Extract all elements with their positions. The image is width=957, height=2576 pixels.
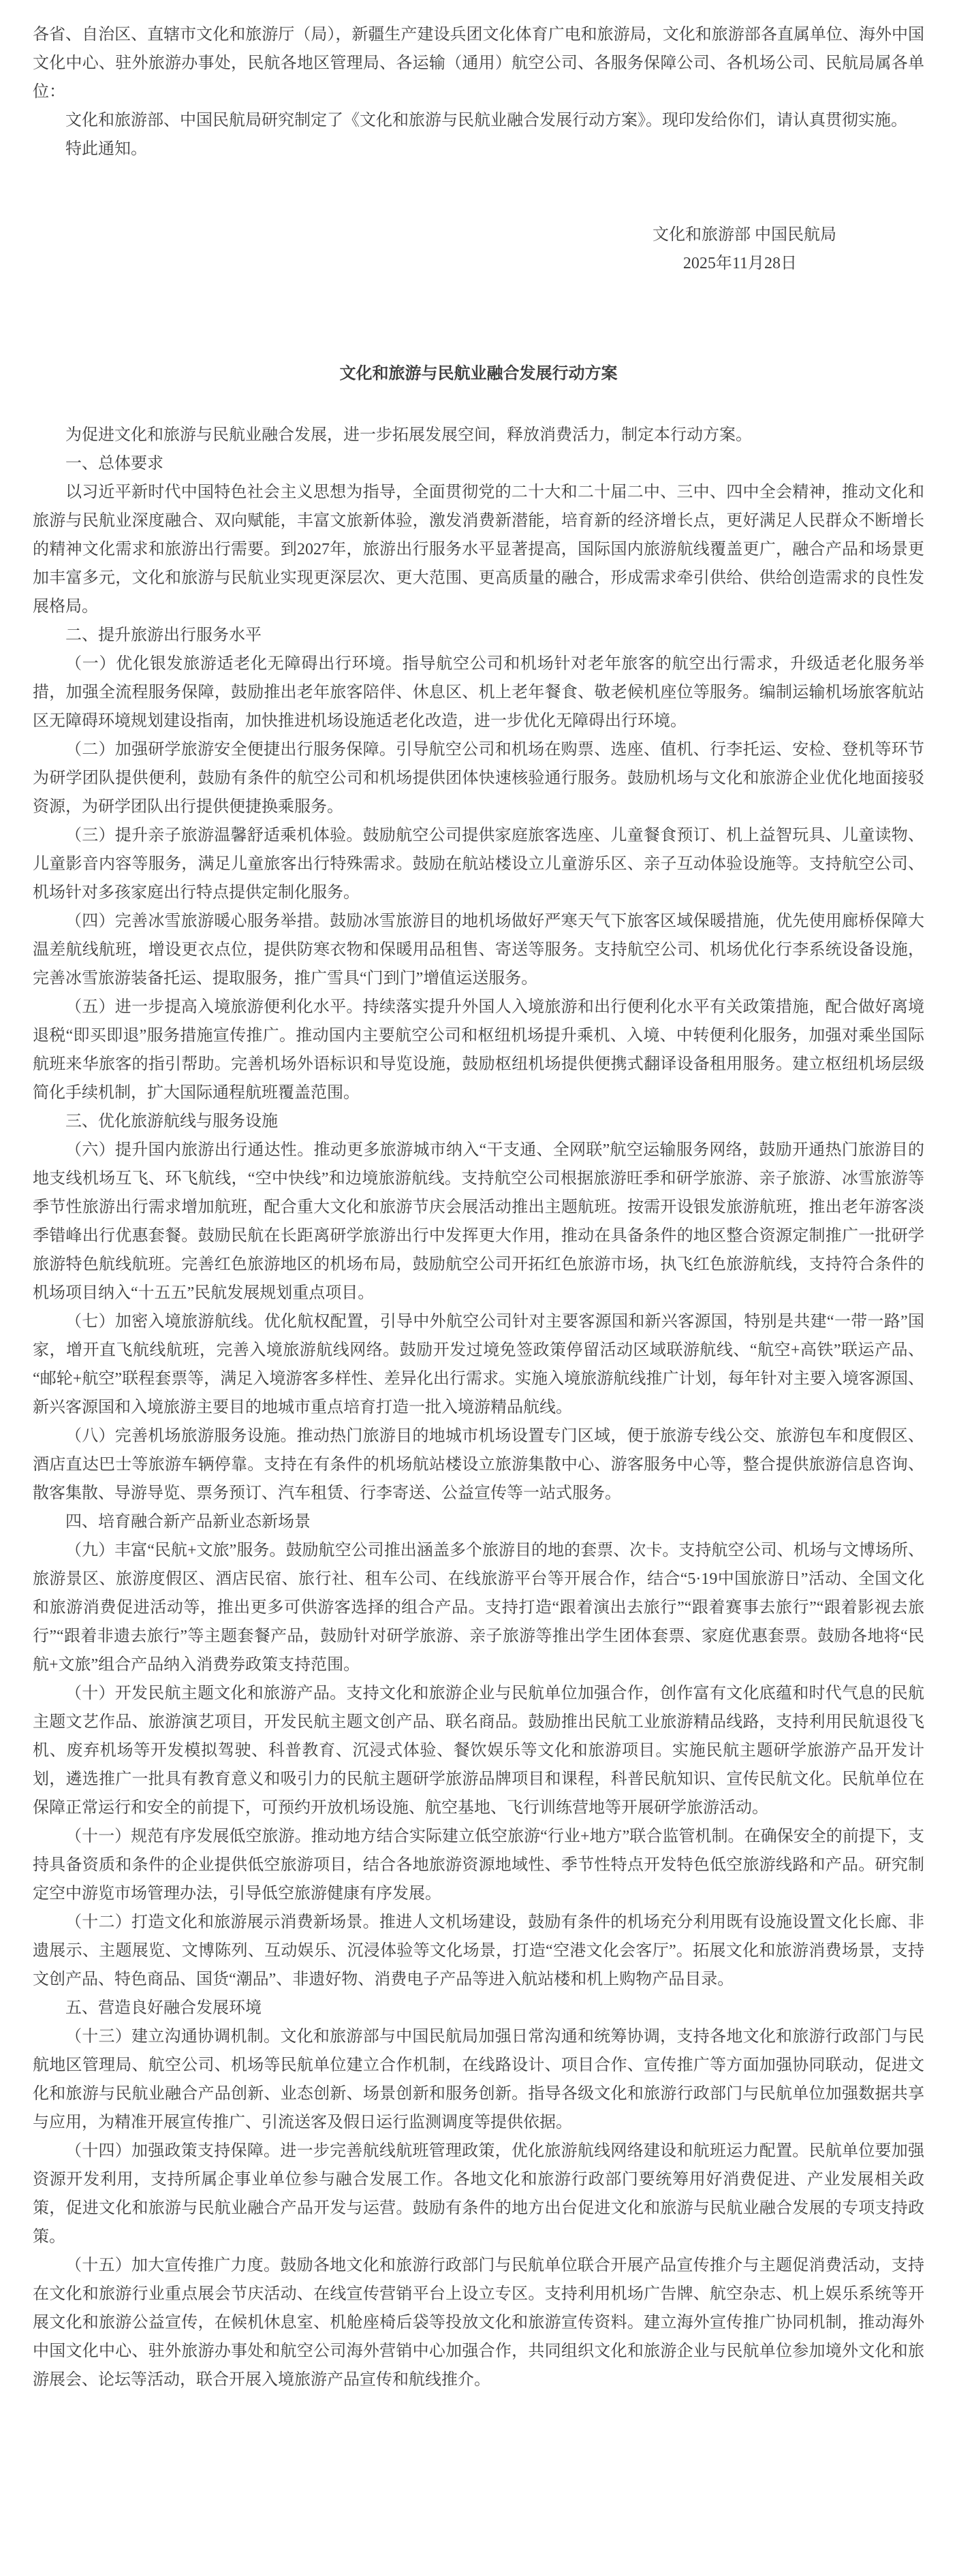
section-4-paragraph-2: （十）开发民航主题文化和旅游产品。支持文化和旅游企业与民航单位加强合作，创作富有… bbox=[33, 1679, 924, 1822]
section-4-paragraph-3: （十一）规范有序发展低空旅游。推动地方结合实际建立低空旅游“行业+地方”联合监管… bbox=[33, 1822, 924, 1908]
section-3-paragraph-2: （七）加密入境旅游航线。优化航权配置，引导中外航空公司针对主要客源国和新兴客源国… bbox=[33, 1307, 924, 1422]
section-4-paragraph-4: （十二）打造文化和旅游展示消费新场景。推进人文机场建设，鼓励有条件的机场充分利用… bbox=[33, 1908, 924, 1994]
section-4-heading: 四、培育融合新产品新业态新场景 bbox=[33, 1508, 924, 1536]
section-2-paragraph-2: （二）加强研学旅游安全便捷出行服务保障。引导航空公司和机场在购票、选座、值机、行… bbox=[33, 735, 924, 821]
section-2-paragraph-4: （四）完善冰雪旅游暖心服务举措。鼓励冰雪旅游目的地机场做好严寒天气下旅客区域保暖… bbox=[33, 907, 924, 993]
document-page: 各省、自治区、直辖市文化和旅游厅（局），新疆生产建设兵团文化体育广电和旅游局，文… bbox=[0, 0, 957, 2576]
section-5-paragraph-1: （十三）建立沟通协调机制。文化和旅游部与中国民航局加强日常沟通和统筹协调，支持各… bbox=[33, 2022, 924, 2137]
section-2-paragraph-3: （三）提升亲子旅游温馨舒适乘机体验。鼓励航空公司提供家庭旅客选座、儿童餐食预订、… bbox=[33, 821, 924, 907]
section-2-paragraph-5: （五）进一步提高入境旅游便利化水平。持续落实提升外国人入境旅游和出行便利化水平有… bbox=[33, 993, 924, 1107]
plan-intro: 为促进文化和旅游与民航业融合发展，进一步拓展发展空间，释放消费活力，制定本行动方… bbox=[33, 421, 924, 449]
signature-date: 2025年11月28日 bbox=[33, 249, 924, 278]
section-5-paragraph-3: （十五）加大宣传推广力度。鼓励各地文化和旅游行政部门与民航单位联合开展产品宣传推… bbox=[33, 2251, 924, 2394]
signature-org: 文化和旅游部 中国民航局 bbox=[33, 221, 924, 249]
notice-body-paragraph-1: 文化和旅游部、中国民航局研究制定了《文化和旅游与民航业融合发展行动方案》。现印发… bbox=[33, 106, 924, 135]
signature-block: 文化和旅游部 中国民航局 2025年11月28日 bbox=[33, 221, 924, 278]
section-2-paragraph-1: （一）优化银发旅游适老化无障碍出行环境。指导航空公司和机场针对老年旅客的航空出行… bbox=[33, 650, 924, 735]
section-5-paragraph-2: （十四）加强政策支持保障。进一步完善航线航班管理政策，优化旅游航线网络建设和航班… bbox=[33, 2137, 924, 2251]
notice-closing: 特此通知。 bbox=[33, 135, 924, 163]
section-5-heading: 五、营造良好融合发展环境 bbox=[33, 1994, 924, 2022]
section-3-paragraph-3: （八）完善机场旅游服务设施。推动热门旅游目的地城市机场设置专门区域，便于旅游专线… bbox=[33, 1422, 924, 1508]
section-4-paragraph-1: （九）丰富“民航+文旅”服务。鼓励航空公司推出涵盖多个旅游目的地的套票、次卡。支… bbox=[33, 1536, 924, 1679]
section-2-heading: 二、提升旅游出行服务水平 bbox=[33, 621, 924, 650]
section-3-heading: 三、优化旅游航线与服务设施 bbox=[33, 1107, 924, 1136]
section-1-heading: 一、总体要求 bbox=[33, 449, 924, 478]
section-1-paragraph-1: 以习近平新时代中国特色社会主义思想为指导，全面贯彻党的二十大和二十届二中、三中、… bbox=[33, 478, 924, 621]
notice-recipients: 各省、自治区、直辖市文化和旅游厅（局），新疆生产建设兵团文化体育广电和旅游局，文… bbox=[33, 20, 924, 106]
plan-title: 文化和旅游与民航业融合发展行动方案 bbox=[33, 360, 924, 388]
section-3-paragraph-1: （六）提升国内旅游出行通达性。推动更多旅游城市纳入“干支通、全网联”航空运输服务… bbox=[33, 1136, 924, 1307]
